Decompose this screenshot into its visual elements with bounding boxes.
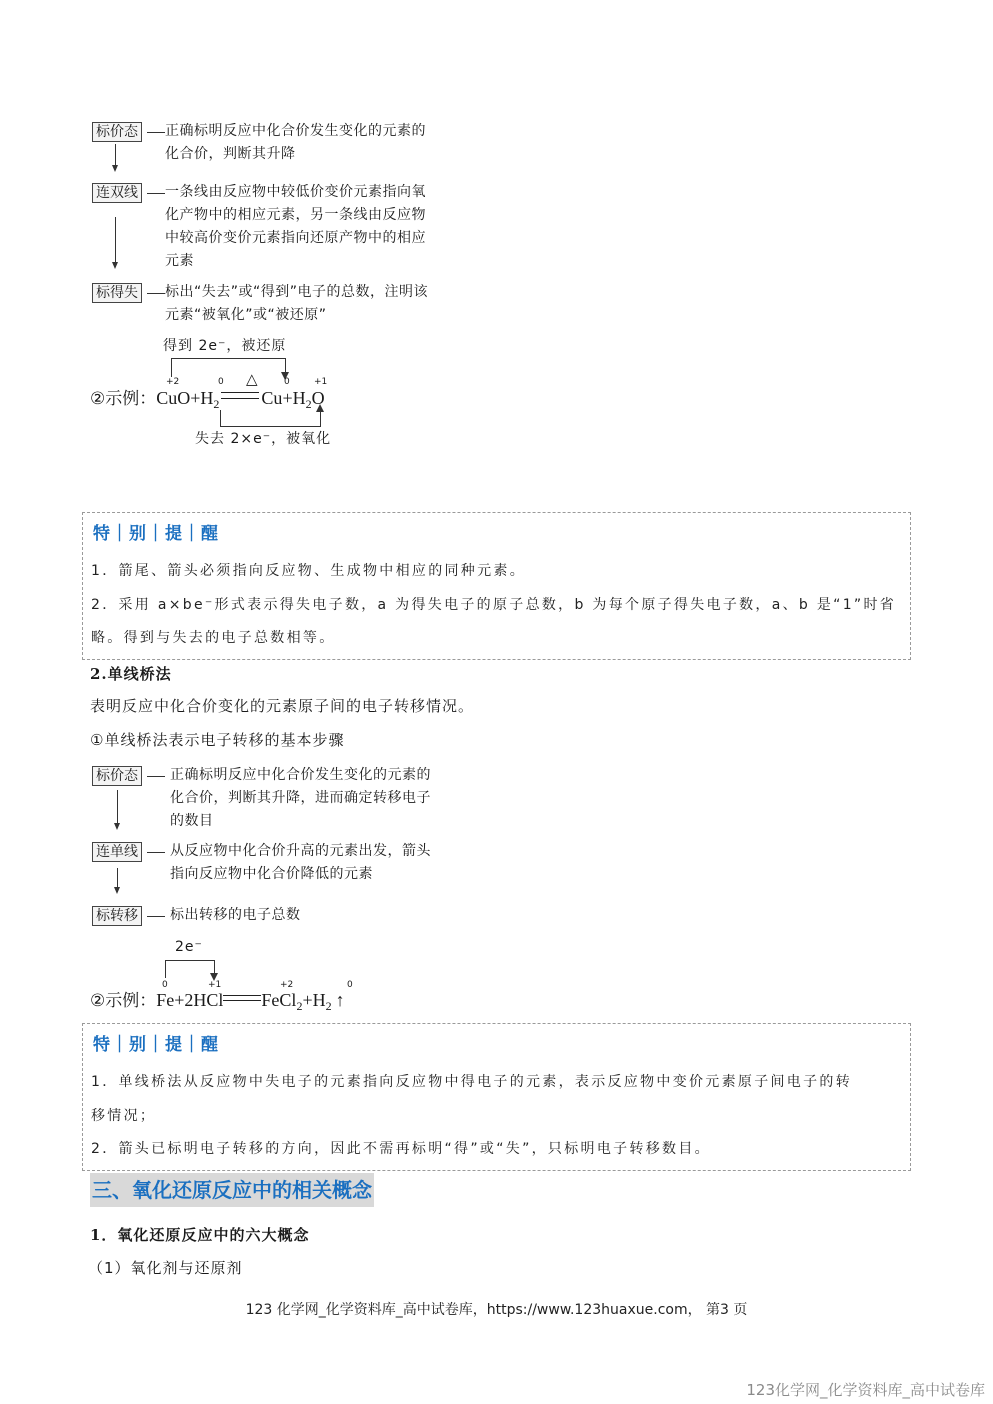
subscript: 2 [326, 999, 332, 1013]
plus-sign: + [282, 388, 292, 408]
reminder-line: 略。得到与失去的电子总数相等。 [91, 621, 902, 655]
step-tag-gain-loss: 标得失 [92, 283, 142, 303]
subsection-oxidant-reductant: （1）氧化剂与还原剂 [88, 1257, 243, 1278]
step-text-single-line: 从反应物中化合价升高的元素出发，箭头指向反应物中化合价降低的元素 [170, 840, 445, 886]
subsection-six-concepts: 1．氧化还原反应中的六大概念 [90, 1224, 309, 1245]
step-connector [147, 776, 165, 777]
product-h2: H [313, 990, 326, 1010]
watermark: 123化学网_化学资料库_高中试卷库 [746, 1379, 985, 1400]
product-cu: Cu [261, 388, 282, 408]
step-connector [147, 193, 165, 194]
plus-sign: + [190, 388, 200, 408]
example-prefix: ②示例： [90, 389, 156, 409]
special-reminder-title: 特｜别｜提｜醒 [93, 1030, 219, 1055]
example-prefix: ②示例： [90, 991, 156, 1011]
transfer-bracket [165, 960, 215, 978]
reactant-fe: Fe [156, 990, 174, 1010]
reminder-line: 1．箭尾、箭头必须指向反应物、生成物中相应的同种元素。 [91, 554, 902, 588]
ox-state-h-product: 0 [347, 980, 353, 990]
lose-electrons-label: 失去 2×e⁻，被氧化 [195, 428, 331, 448]
section-title-related-concepts: 三、氧化还原反应中的相关概念 [90, 1173, 374, 1207]
step-text-double-line: 一条线由反应物中较低价变价元素指向氧化产物中的相应元素，另一条线由反应物中较高价… [165, 181, 440, 273]
reactant-hcl: 2HCl [184, 990, 223, 1010]
gas-arrow-icon: ↑ [336, 990, 345, 1010]
step-text-gain-loss: 标出“失去”或“得到”电子的总数，注明该元素“被氧化”或“被还原” [165, 281, 440, 327]
single-bridge-subheading: ①单线桥法表示电子转移的基本步骤 [90, 729, 344, 750]
reminder-line: 移情况； [91, 1099, 902, 1133]
step-tag-double-line: 连双线 [92, 183, 142, 203]
arrow-up-icon [316, 404, 324, 412]
reminder-line: 2．采用 a×be⁻形式表示得失电子数，a 为得失电子的原子总数，b 为每个原子… [91, 588, 902, 622]
equals-sign [223, 995, 261, 1001]
down-arrow-icon [117, 868, 118, 892]
section-heading-single-bridge: 2.单线桥法 [90, 663, 172, 684]
subscript: 2 [213, 397, 219, 411]
plus-sign: + [174, 990, 184, 1010]
reminder-line: 1．单线桥法从反应物中失电子的元素指向反应物中得电子的元素，表示反应物中变价元素… [91, 1065, 902, 1099]
special-reminder-title: 特｜别｜提｜醒 [93, 519, 219, 544]
product-fecl2: FeCl [261, 990, 296, 1010]
single-bridge-description: 表明反应中化合价变化的元素原子间的电子转移情况。 [90, 695, 474, 716]
equation-fe-hcl: ②示例：Fe+2HClFeCl2+H2↑ [90, 986, 345, 1014]
step-tag-mark-valence: 标价态 [92, 122, 142, 142]
step-connector [147, 852, 165, 853]
loss-bracket [220, 410, 321, 427]
step-connector [147, 293, 165, 294]
page-footer: 123 化学网_化学资料库_高中试卷库，https://www.123huaxu… [0, 1299, 993, 1319]
equals-sign [221, 392, 259, 399]
step-text-mark-valence: 正确标明反应中化合价发生变化的元素的化合价，判断其升降 [165, 120, 440, 166]
down-arrow-icon [115, 217, 116, 267]
gain-electrons-label: 得到 2e⁻，被还原 [163, 335, 286, 355]
step-connector [147, 916, 165, 917]
down-arrow-icon [117, 790, 118, 828]
electron-count-label: 2e⁻ [175, 939, 203, 955]
step-tag-mark-transfer: 标转移 [92, 906, 142, 926]
step-tag-single-line: 连单线 [92, 842, 142, 862]
down-arrow-icon [115, 144, 116, 170]
gain-bracket [171, 358, 286, 377]
special-reminder-box-2: 特｜别｜提｜醒 1．单线桥法从反应物中失电子的元素指向反应物中得电子的元素，表示… [82, 1023, 911, 1171]
product-h2o: H [293, 388, 306, 408]
reminder-line: 2．箭头已标明电子转移的方向，因此不需再标明“得”或“失”，只标明电子转移数目。 [91, 1132, 902, 1166]
step-connector [147, 132, 165, 133]
step-text-mark-valence: 正确标明反应中化合价发生变化的元素的化合价，判断其升降，进而确定转移电子的数目 [170, 764, 445, 833]
special-reminder-box-1: 特｜别｜提｜醒 1．箭尾、箭头必须指向反应物、生成物中相应的同种元素。 2．采用… [82, 512, 911, 660]
reactant-cuo: CuO [156, 388, 190, 408]
step-tag-mark-valence: 标价态 [92, 766, 142, 786]
reactant-h2: H [200, 388, 213, 408]
plus-sign: + [302, 990, 312, 1010]
step-text-mark-transfer: 标出转移的电子总数 [170, 904, 445, 927]
equation-cuo-h2: ②示例：CuO+H2Cu+H2O [90, 384, 325, 412]
